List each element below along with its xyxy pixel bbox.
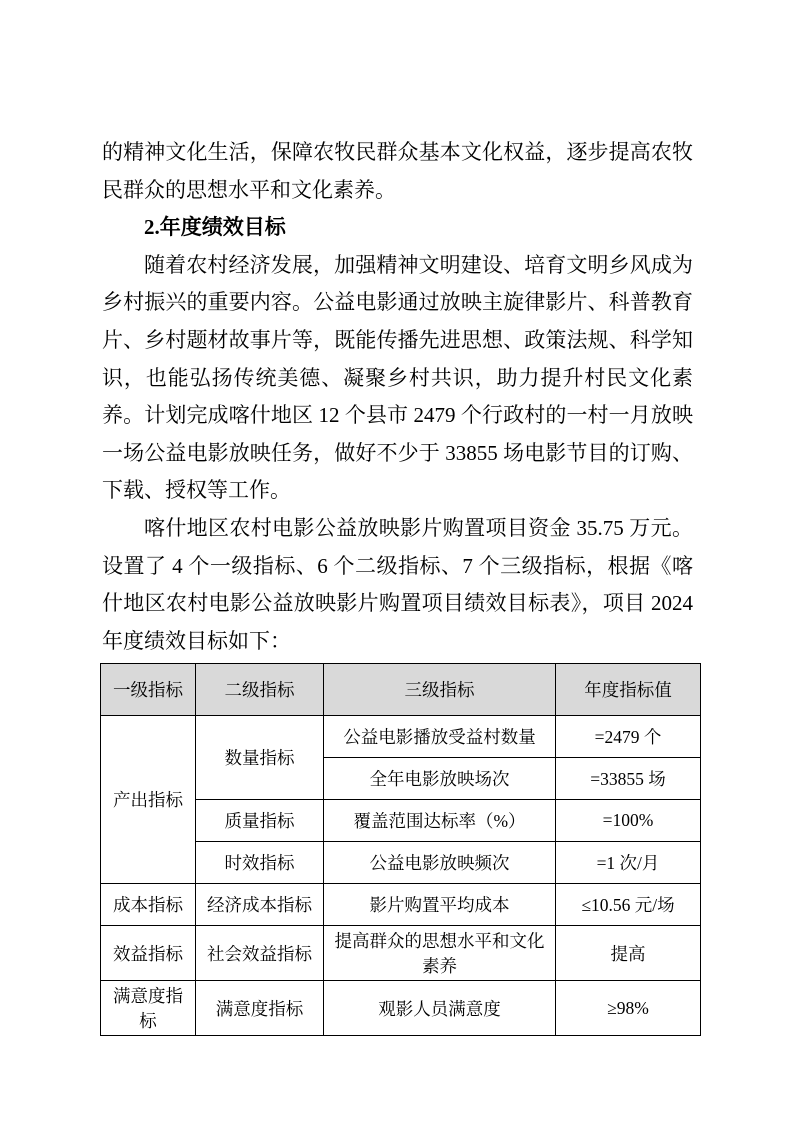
cell-level3-indicator: 提高群众的思想水平和文化素养 (324, 926, 556, 981)
cell-level3-indicator: 公益电影放映频次 (324, 842, 556, 884)
cell-annual-value: =2479 个 (556, 716, 701, 758)
body-text-block: 的精神文化生活，保障农牧民群众基本文化权益，逐步提高农牧民群众的思想水平和文化素… (102, 134, 693, 660)
table-header-row: 一级指标 二级指标 三级指标 年度指标值 (101, 664, 701, 716)
table-row: 效益指标 社会效益指标 提高群众的思想水平和文化素养 提高 (101, 926, 701, 981)
cell-level1-cost: 成本指标 (101, 884, 196, 926)
cell-level1-benefit: 效益指标 (101, 926, 196, 981)
table-row: 产出指标 数量指标 公益电影播放受益村数量 =2479 个 (101, 716, 701, 758)
cell-level2-timeliness: 时效指标 (196, 842, 324, 884)
cell-level3-indicator: 全年电影放映场次 (324, 758, 556, 800)
cell-level3-indicator: 观影人员满意度 (324, 981, 556, 1036)
performance-indicators-table: 一级指标 二级指标 三级指标 年度指标值 产出指标 数量指标 公益电影播放受益村… (100, 663, 701, 1036)
cell-level2-quantity: 数量指标 (196, 716, 324, 800)
cell-level2-quality: 质量指标 (196, 800, 324, 842)
document-page: 的精神文化生活，保障农牧民群众基本文化权益，逐步提高农牧民群众的思想水平和文化素… (0, 0, 793, 1122)
table-row: 成本指标 经济成本指标 影片购置平均成本 ≤10.56 元/场 (101, 884, 701, 926)
cell-annual-value: =100% (556, 800, 701, 842)
col-header-annual-value: 年度指标值 (556, 664, 701, 716)
table-row: 满意度指标 满意度指标 观影人员满意度 ≥98% (101, 981, 701, 1036)
cell-level2-social-benefit: 社会效益指标 (196, 926, 324, 981)
cell-annual-value: =1 次/月 (556, 842, 701, 884)
cell-level3-indicator: 影片购置平均成本 (324, 884, 556, 926)
col-header-level1: 一级指标 (101, 664, 196, 716)
paragraph-annual-goal: 随着农村经济发展，加强精神文明建设、培育文明乡风成为乡村振兴的重要内容。公益电影… (102, 247, 693, 510)
cell-level1-output: 产出指标 (101, 716, 196, 884)
section-heading: 2.年度绩效目标 (102, 209, 693, 247)
col-header-level3: 三级指标 (324, 664, 556, 716)
cell-annual-value: ≤10.56 元/场 (556, 884, 701, 926)
paragraph-indicator-summary: 喀什地区农村电影公益放映影片购置项目资金 35.75 万元。设置了 4 个一级指… (102, 510, 693, 660)
cell-level3-indicator: 覆盖范围达标率（%） (324, 800, 556, 842)
cell-level2-satisfaction: 满意度指标 (196, 981, 324, 1036)
cell-annual-value: 提高 (556, 926, 701, 981)
cell-level2-economic-cost: 经济成本指标 (196, 884, 324, 926)
paragraph-continuation: 的精神文化生活，保障农牧民群众基本文化权益，逐步提高农牧民群众的思想水平和文化素… (102, 134, 693, 209)
cell-level1-satisfaction: 满意度指标 (101, 981, 196, 1036)
cell-annual-value: ≥98% (556, 981, 701, 1036)
col-header-level2: 二级指标 (196, 664, 324, 716)
cell-annual-value: =33855 场 (556, 758, 701, 800)
cell-level3-indicator: 公益电影播放受益村数量 (324, 716, 556, 758)
